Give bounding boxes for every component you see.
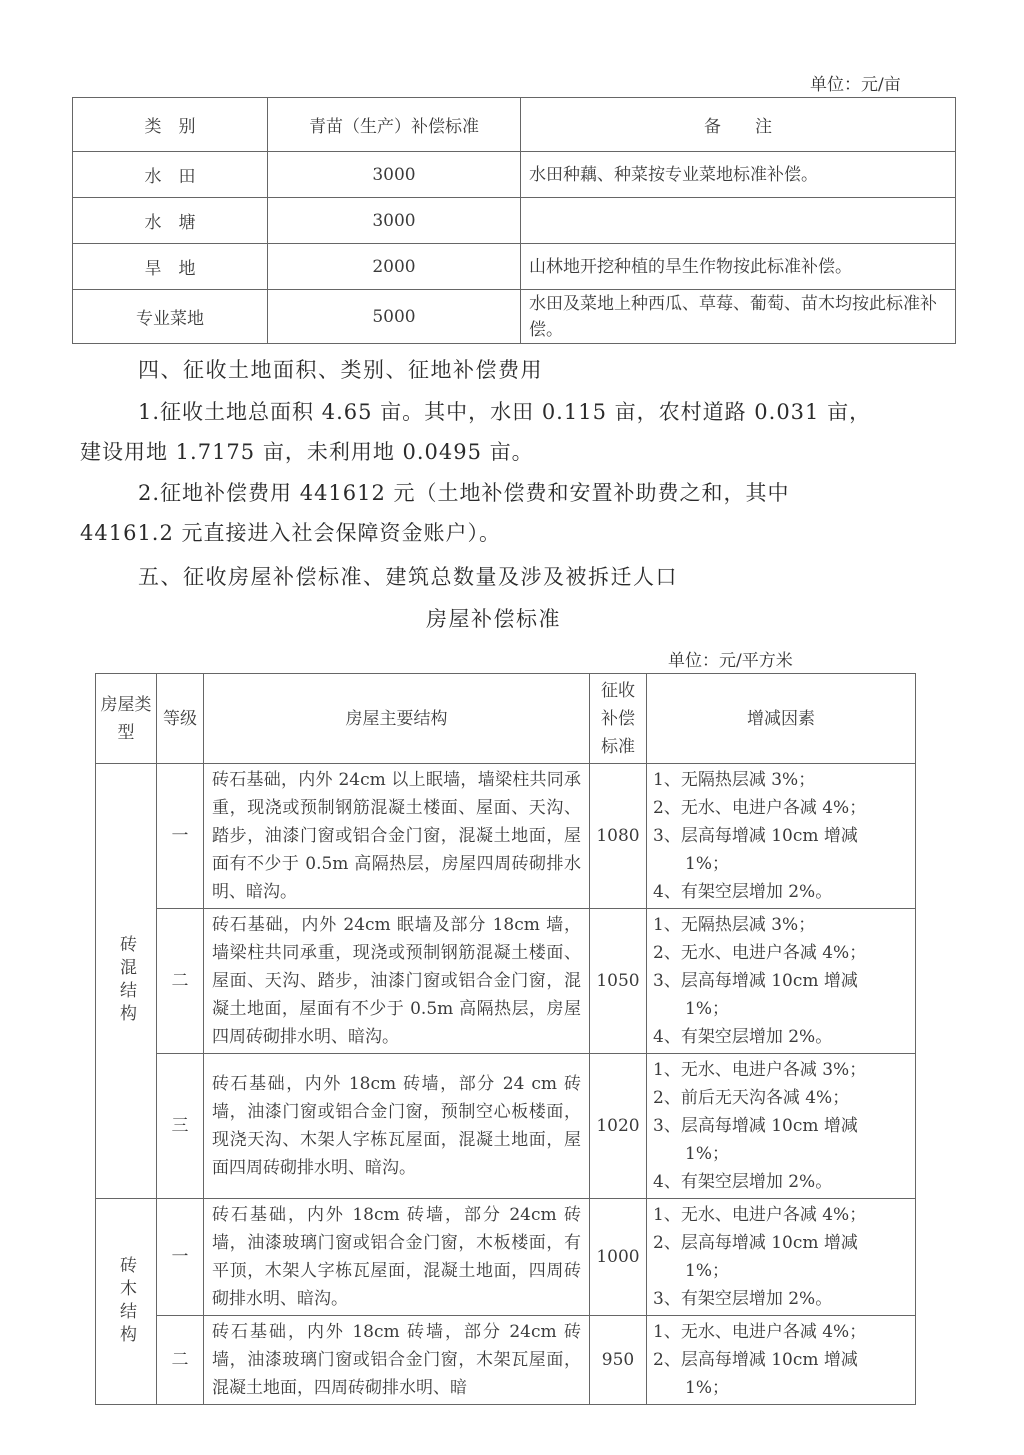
table-row: 三 砖石基础，内外 18cm 砖墙，部分 24 cm 砖墙，油漆门窗或铝合金门窗… xyxy=(96,1054,916,1199)
header-note: 备 注 xyxy=(521,98,956,152)
factors-cell: 1、无隔热层减 3%； 2、无水、电进户各减 4%； 3、层高每增减 10cm … xyxy=(647,764,916,909)
standard-cell: 2000 xyxy=(268,244,521,290)
factor-item: 4、有架空层增加 2%。 xyxy=(653,878,909,906)
standard-cell: 1020 xyxy=(590,1054,647,1199)
factor-item: 1%； xyxy=(653,995,909,1023)
house-type-cell: 砖混结构 xyxy=(96,764,157,1199)
factor-item: 1、无隔热层减 3%； xyxy=(653,911,909,939)
standard-cell: 1000 xyxy=(590,1199,647,1316)
factor-item: 1%； xyxy=(653,1140,909,1168)
factor-item: 2、无水、电进户各减 4%； xyxy=(653,939,909,967)
house-type-cell: 砖木结构 xyxy=(96,1199,157,1405)
factor-item: 1、无水、电进户各减 3%； xyxy=(653,1056,909,1084)
factor-item: 3、层高每增减 10cm 增减 xyxy=(653,967,909,995)
seedling-compensation-table: 类 别 青苗（生产）补偿标准 备 注 水 田 3000 水田种藕、种菜按专业菜地… xyxy=(72,97,956,344)
factor-item: 3、有架空层增加 2%。 xyxy=(653,1285,909,1313)
category-cell: 旱 地 xyxy=(73,244,268,290)
standard-cell: 5000 xyxy=(268,290,521,344)
factor-item: 2、层高每增减 10cm 增减 xyxy=(653,1229,909,1257)
house-compensation-table: 房屋类型 等级 房屋主要结构 征收补偿标准 增减因素 砖混结构 一 砖石基础，内… xyxy=(95,673,916,1405)
factor-item: 3、层高每增减 10cm 增减 xyxy=(653,1112,909,1140)
factors-cell: 1、无隔热层减 3%； 2、无水、电进户各减 4%； 3、层高每增减 10cm … xyxy=(647,909,916,1054)
header-factors: 增减因素 xyxy=(647,674,916,764)
note-cell xyxy=(521,198,956,244)
section4-paragraph1-line2: 建设用地 1.7175 亩，未利用地 0.0495 亩。 xyxy=(80,437,534,467)
standard-cell: 1050 xyxy=(590,909,647,1054)
grade-cell: 一 xyxy=(157,764,204,909)
section4-paragraph1-line1: 1.征收土地总面积 4.65 亩。其中，水田 0.115 亩，农村道路 0.03… xyxy=(138,397,871,427)
category-cell: 水 塘 xyxy=(73,198,268,244)
factors-cell: 1、无水、电进户各减 3%； 2、前后无天沟各减 4%； 3、层高每增减 10c… xyxy=(647,1054,916,1199)
table-row: 二 砖石基础，内外 18cm 砖墙，部分 24cm 砖墙，油漆玻璃门窗或铝合金门… xyxy=(96,1316,916,1405)
house-table-unit: 单位：元/平方米 xyxy=(668,646,793,671)
factor-item: 2、层高每增减 10cm 增减 xyxy=(653,1346,909,1374)
note-cell: 水田及菜地上种西瓜、草莓、葡萄、苗木均按此标准补偿。 xyxy=(521,290,956,344)
grade-cell: 二 xyxy=(157,909,204,1054)
factor-item: 1、无水、电进户各减 4%； xyxy=(653,1318,909,1346)
note-cell: 山林地开挖种植的旱生作物按此标准补偿。 xyxy=(521,244,956,290)
header-standard: 征收补偿标准 xyxy=(590,674,647,764)
standard-cell: 950 xyxy=(590,1316,647,1405)
standard-cell: 3000 xyxy=(268,198,521,244)
table-row: 砖木结构 一 砖石基础，内外 18cm 砖墙，部分 24cm 砖墙，油漆玻璃门窗… xyxy=(96,1199,916,1316)
factor-item: 1、无水、电进户各减 4%； xyxy=(653,1201,909,1229)
table-row: 水 田 3000 水田种藕、种菜按专业菜地标准补偿。 xyxy=(73,152,956,198)
standard-cell: 1080 xyxy=(590,764,647,909)
house-type-label: 砖混结构 xyxy=(112,935,140,1027)
factors-cell: 1、无水、电进户各减 4%； 2、层高每增减 10cm 增减 1%； 3、有架空… xyxy=(647,1199,916,1316)
structure-cell: 砖石基础，内外 18cm 砖墙，部分 24cm 砖墙，油漆玻璃门窗或铝合金门窗，… xyxy=(204,1316,590,1405)
factors-cell: 1、无水、电进户各减 4%； 2、层高每增减 10cm 增减 1%； xyxy=(647,1316,916,1405)
structure-cell: 砖石基础，内外 24cm 眠墙及部分 18cm 墙，墙梁柱共同承重，现浇或预制钢… xyxy=(204,909,590,1054)
structure-cell: 砖石基础，内外 24cm 以上眠墙，墙梁柱共同承重，现浇或预制钢筋混凝土楼面、屋… xyxy=(204,764,590,909)
structure-cell: 砖石基础，内外 18cm 砖墙，部分 24 cm 砖墙，油漆门窗或铝合金门窗，预… xyxy=(204,1054,590,1199)
factor-item: 2、无水、电进户各减 4%； xyxy=(653,794,909,822)
house-type-label: 砖木结构 xyxy=(112,1256,140,1348)
category-cell: 水 田 xyxy=(73,152,268,198)
factor-item: 1%； xyxy=(653,1257,909,1285)
note-cell: 水田种藕、种菜按专业菜地标准补偿。 xyxy=(521,152,956,198)
section4-heading: 四、征收土地面积、类别、征地补偿费用 xyxy=(138,354,543,384)
category-cell: 专业菜地 xyxy=(73,290,268,344)
table-row: 砖混结构 一 砖石基础，内外 24cm 以上眠墙，墙梁柱共同承重，现浇或预制钢筋… xyxy=(96,764,916,909)
grade-cell: 二 xyxy=(157,1316,204,1405)
factor-item: 1%； xyxy=(653,1374,909,1402)
factor-item: 1、无隔热层减 3%； xyxy=(653,766,909,794)
table-row: 专业菜地 5000 水田及菜地上种西瓜、草莓、葡萄、苗木均按此标准补偿。 xyxy=(73,290,956,344)
grade-cell: 一 xyxy=(157,1199,204,1316)
factor-item: 1%； xyxy=(653,850,909,878)
table1-unit: 单位：元/亩 xyxy=(810,70,901,95)
table-header-row: 房屋类型 等级 房屋主要结构 征收补偿标准 增减因素 xyxy=(96,674,916,764)
factor-item: 4、有架空层增加 2%。 xyxy=(653,1023,909,1051)
header-structure: 房屋主要结构 xyxy=(204,674,590,764)
header-grade: 等级 xyxy=(157,674,204,764)
factor-item: 4、有架空层增加 2%。 xyxy=(653,1168,909,1196)
header-standard: 青苗（生产）补偿标准 xyxy=(268,98,521,152)
structure-cell: 砖石基础，内外 18cm 砖墙，部分 24cm 砖墙，油漆玻璃门窗或铝合金门窗，… xyxy=(204,1199,590,1316)
header-category: 类 别 xyxy=(73,98,268,152)
table-row: 旱 地 2000 山林地开挖种植的旱生作物按此标准补偿。 xyxy=(73,244,956,290)
standard-cell: 3000 xyxy=(268,152,521,198)
house-table-title: 房屋补偿标准 xyxy=(426,603,561,633)
table-row: 水 塘 3000 xyxy=(73,198,956,244)
section4-paragraph2-line1: 2.征地补偿费用 441612 元（土地补偿费和安置补助费之和，其中 xyxy=(138,478,790,508)
section4-paragraph2-line2: 44161.2 元直接进入社会保障资金账户）。 xyxy=(80,518,501,548)
section5-heading: 五、征收房屋补偿标准、建筑总数量及涉及被拆迁人口 xyxy=(138,561,678,591)
table-header-row: 类 别 青苗（生产）补偿标准 备 注 xyxy=(73,98,956,152)
grade-cell: 三 xyxy=(157,1054,204,1199)
factor-item: 2、前后无天沟各减 4%； xyxy=(653,1084,909,1112)
factor-item: 3、层高每增减 10cm 增减 xyxy=(653,822,909,850)
header-house-type: 房屋类型 xyxy=(96,674,157,764)
table-row: 二 砖石基础，内外 24cm 眠墙及部分 18cm 墙，墙梁柱共同承重，现浇或预… xyxy=(96,909,916,1054)
